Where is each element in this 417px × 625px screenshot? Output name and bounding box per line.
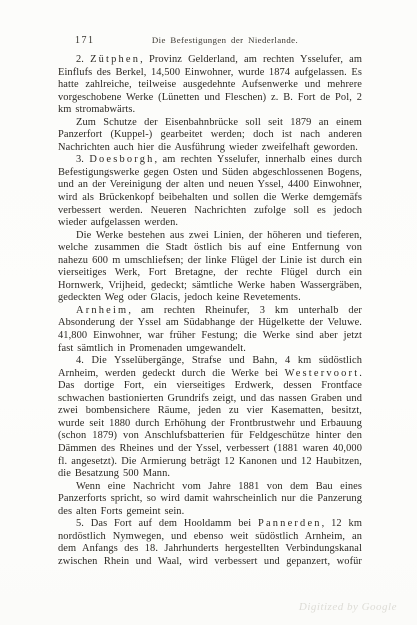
paragraph: 5. Das Fort auf dem Hooldamm bei Pannerd…: [58, 518, 362, 568]
paragraph: 2. Zütphen, Provinz Gelderland, am recht…: [58, 54, 362, 117]
text-segment: 2.: [76, 54, 90, 65]
text-segment: 3.: [76, 154, 89, 165]
text-segment: 5. Das Fort auf dem Hooldamm bei: [76, 518, 258, 529]
paragraph: 4. Die Ysselübergänge, Strafse und Bahn,…: [58, 355, 362, 480]
paragraph: Arnheim, am rechten Rheinufer, 3 km unte…: [58, 305, 362, 355]
text-segment: . Das dortige Fort, ein vierseitiges Erd…: [58, 368, 362, 479]
text-block: 2. Zütphen, Provinz Gelderland, am recht…: [58, 54, 362, 568]
paragraph: Die Werke bestehen aus zwei Linien, der …: [58, 230, 362, 305]
book-page: 171 Die Befestigungen der Niederlande. 2…: [0, 0, 417, 625]
text-segment: Zum Schutze der Eisenbahnbrücke soll sei…: [58, 117, 362, 153]
page-header: 171 Die Befestigungen der Niederlande.: [58, 35, 362, 49]
paragraph: 3. Doesborgh, am rechten Ysselufer, inne…: [58, 154, 362, 229]
text-segment: Wenn eine Nachricht vom Jahre 1881 von d…: [58, 481, 362, 517]
place-name: Doesborgh: [89, 154, 154, 165]
text-segment: , am rechten Ysselufer, innerhalb eines …: [58, 154, 362, 228]
place-name: Pannerden: [258, 518, 322, 529]
running-title: Die Befestigungen der Niederlande.: [58, 35, 362, 45]
paragraph: Zum Schutze der Eisenbahnbrücke soll sei…: [58, 117, 362, 155]
place-name: Arnheim: [76, 305, 128, 316]
text-segment: Die Werke bestehen aus zwei Linien, der …: [58, 230, 362, 304]
paragraph: Wenn eine Nachricht vom Jahre 1881 von d…: [58, 481, 362, 519]
google-watermark: Digitized by Google: [299, 601, 397, 613]
place-name: Westervoort: [285, 368, 360, 379]
page-number: 171: [75, 35, 95, 46]
place-name: Zütphen: [90, 54, 140, 65]
